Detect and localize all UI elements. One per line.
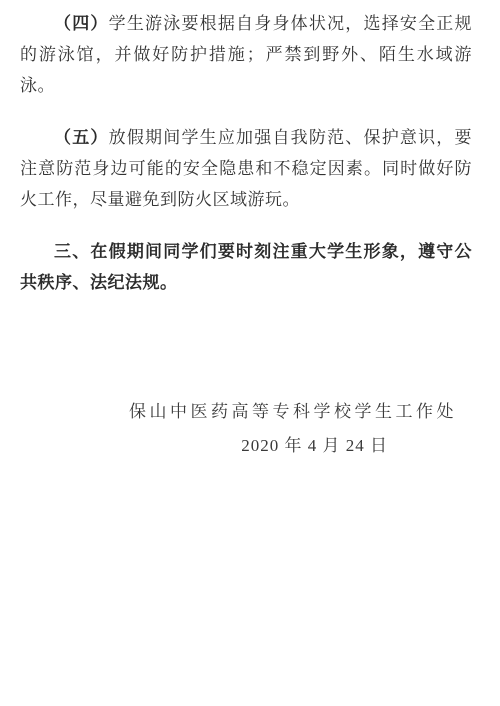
paragraph-item-5: （五）放假期间学生应加强自我防范、保护意识，要注意防范身边可能的安全隐患和不稳定… — [20, 122, 472, 215]
signature-organization: 保山中医药高等专科学校学生工作处 — [20, 395, 472, 429]
paragraph-item-5-marker: （五） — [54, 128, 109, 147]
paragraph-item-4: （四）学生游泳要根据自身身体状况，选择安全正规的游泳馆，并做好防护措施；严禁到野… — [20, 8, 472, 101]
signature-block: 保山中医药高等专科学校学生工作处 2020 年 4 月 24 日 — [20, 395, 472, 463]
section-heading-3: 三、在假期间同学们要时刻注重大学生形象，遵守公共秩序、法纪法规。 — [20, 236, 472, 298]
section-heading-3-marker: 三、 — [54, 242, 90, 261]
document-page: （四）学生游泳要根据自身身体状况，选择安全正规的游泳馆，并做好防护措施；严禁到野… — [0, 0, 500, 706]
paragraph-item-4-marker: （四） — [54, 14, 109, 33]
signature-date: 2020 年 4 月 24 日 — [20, 429, 472, 463]
